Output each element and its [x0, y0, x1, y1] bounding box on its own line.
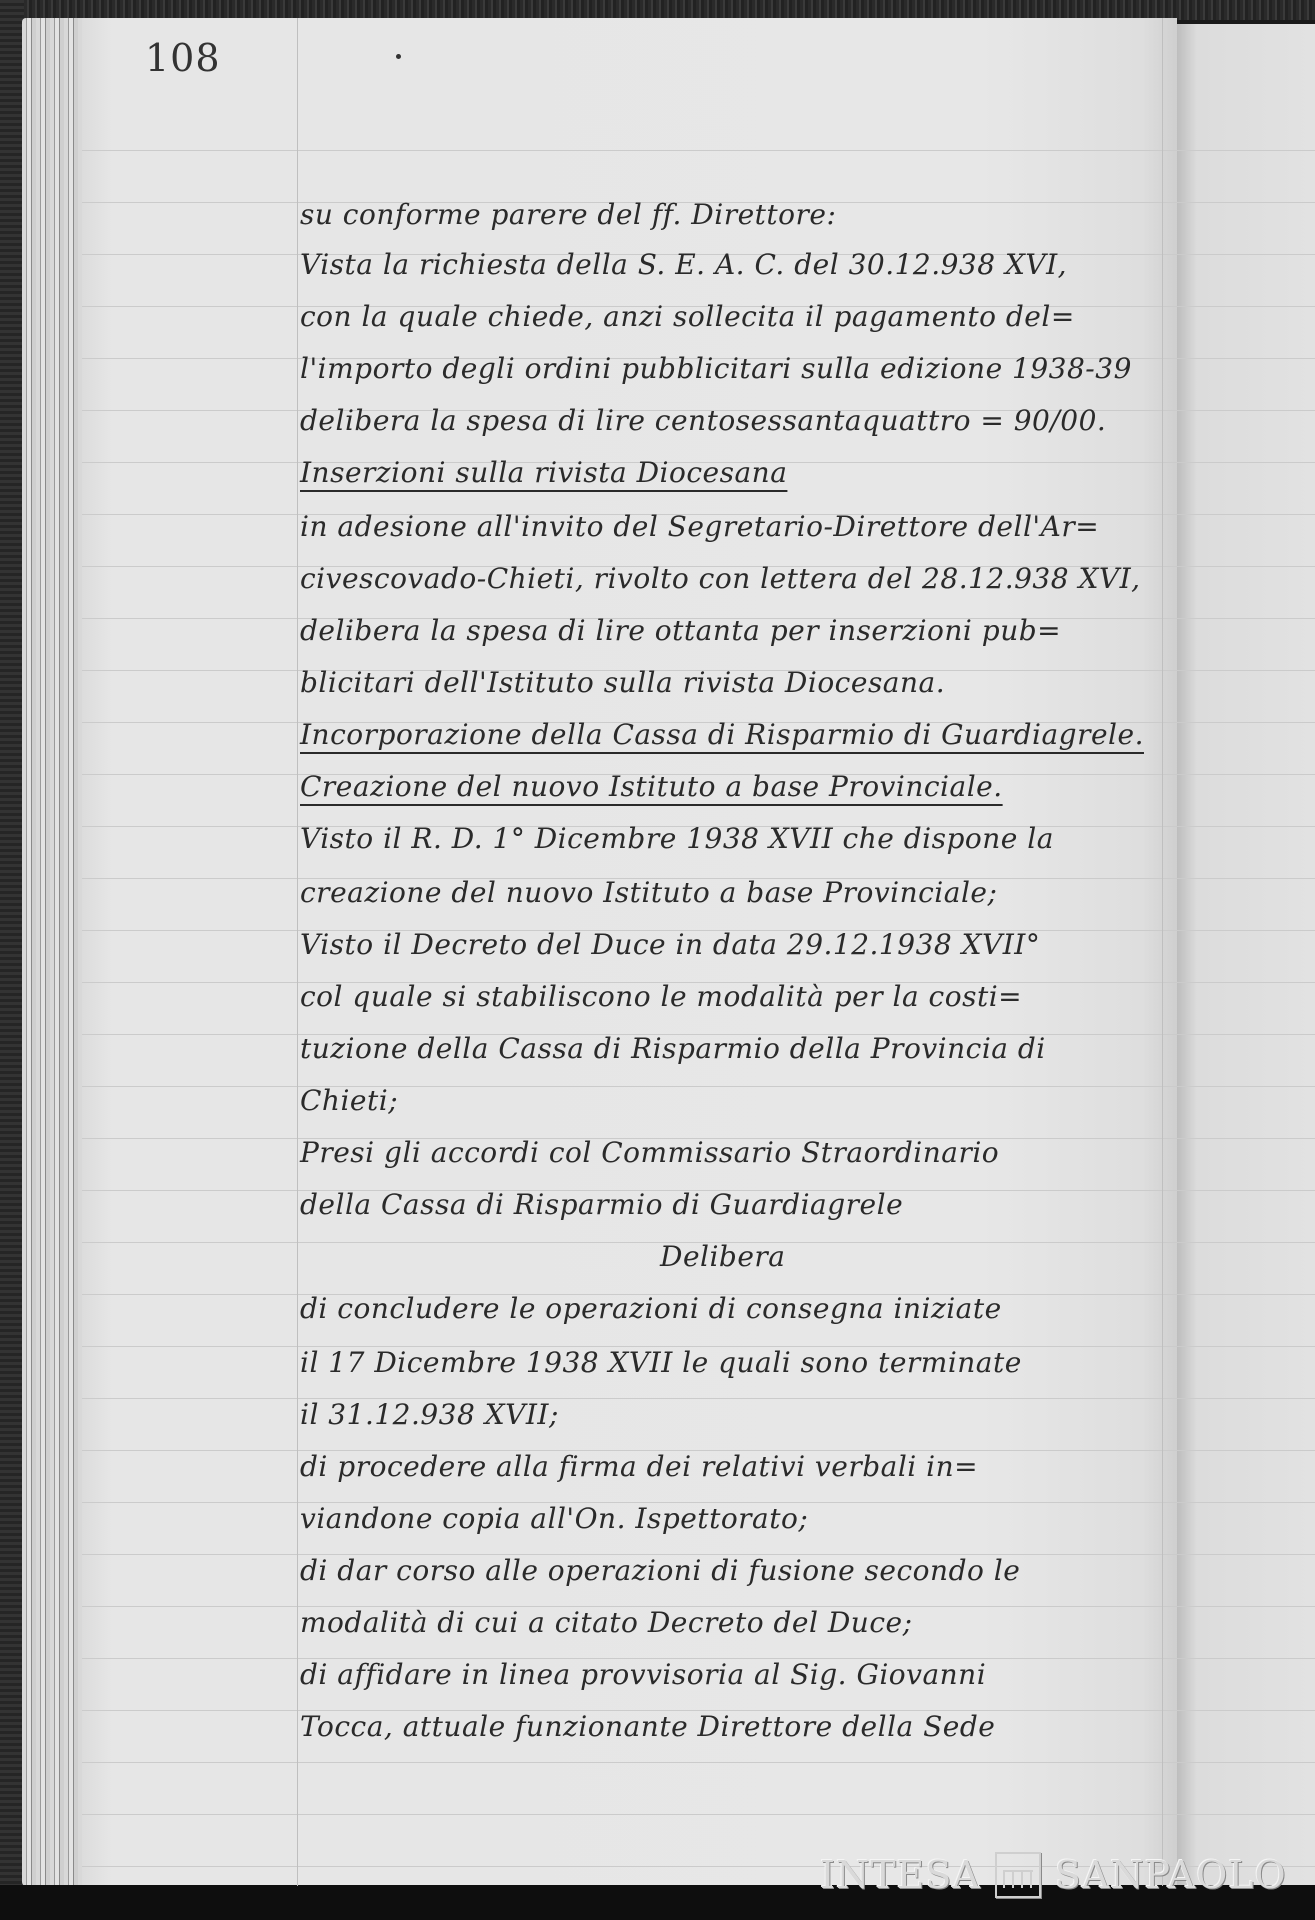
watermark-right-text: SANPAOLO — [1055, 1853, 1287, 1897]
handwritten-line: Tocca, attuale funzionante Direttore del… — [300, 1710, 995, 1743]
ruled-line — [82, 1814, 1315, 1815]
bank-arches-logo-icon — [995, 1852, 1041, 1898]
left-margin-rule — [297, 18, 298, 1886]
handwritten-line: Delibera — [660, 1240, 786, 1273]
book-cover-top — [0, 0, 1315, 20]
handwritten-line: il 31.12.938 XVII; — [300, 1398, 559, 1431]
handwritten-line: civescovado-Chieti, rivolto con lettera … — [300, 562, 1141, 595]
section-heading: Incorporazione della Cassa di Risparmio … — [300, 718, 1144, 751]
ink-dot — [396, 54, 401, 59]
handwritten-line: di concludere le operazioni di consegna … — [300, 1292, 1002, 1325]
handwritten-line: su conforme parere del ff. Direttore: — [300, 198, 836, 231]
handwritten-line: modalità di cui a citato Decreto del Duc… — [300, 1606, 913, 1639]
handwritten-line: Chieti; — [300, 1084, 398, 1117]
handwritten-line: Vista la richiesta della S. E. A. C. del… — [300, 248, 1067, 281]
watermark: INTESA SANPAOLO — [820, 1852, 1287, 1898]
handwritten-line: l'importo degli ordini pubblicitari sull… — [300, 352, 1132, 385]
handwritten-line: blicitari dell'Istituto sulla rivista Di… — [300, 666, 945, 699]
handwritten-line: con la quale chiede, anzi sollecita il p… — [300, 300, 1075, 333]
page-stack-edges — [22, 18, 84, 1886]
watermark-left-text: INTESA — [820, 1853, 981, 1897]
handwritten-line: il 17 Dicembre 1938 XVII le quali sono t… — [300, 1346, 1022, 1379]
handwritten-line: in adesione all'invito del Segretario-Di… — [300, 510, 1099, 543]
section-heading: Inserzioni sulla rivista Diocesana — [300, 456, 787, 489]
ruled-line — [82, 1762, 1315, 1763]
handwritten-line: della Cassa di Risparmio di Guardiagrele — [300, 1188, 903, 1221]
ruled-line — [82, 150, 1315, 151]
page-number: 108 — [145, 36, 221, 80]
handwritten-line: di dar corso alle operazioni di fusione … — [300, 1554, 1020, 1587]
handwritten-line: Presi gli accordi col Commissario Straor… — [300, 1136, 999, 1169]
handwritten-line: Visto il Decreto del Duce in data 29.12.… — [300, 928, 1040, 961]
ruled-line — [82, 1398, 1315, 1399]
handwritten-line: Visto il R. D. 1° Dicembre 1938 XVII che… — [300, 822, 1054, 855]
handwritten-line: viandone copia all'On. Ispettorato; — [300, 1502, 808, 1535]
handwritten-line: di affidare in linea provvisoria al Sig.… — [300, 1658, 986, 1691]
right-margin-rule — [1162, 18, 1163, 1886]
handwritten-line: creazione del nuovo Istituto a base Prov… — [300, 876, 997, 909]
handwritten-line: tuzione della Cassa di Risparmio della P… — [300, 1032, 1046, 1065]
handwritten-line: col quale si stabiliscono le modalità pe… — [300, 980, 1022, 1013]
book-cover-left — [0, 0, 24, 1920]
handwritten-line: delibera la spesa di lire centosessantaq… — [300, 404, 1106, 437]
ruled-line — [82, 1086, 1315, 1087]
handwritten-line: di procedere alla firma dei relativi ver… — [300, 1450, 978, 1483]
handwritten-line: delibera la spesa di lire ottanta per in… — [300, 614, 1061, 647]
section-heading: Creazione del nuovo Istituto a base Prov… — [300, 770, 1003, 803]
